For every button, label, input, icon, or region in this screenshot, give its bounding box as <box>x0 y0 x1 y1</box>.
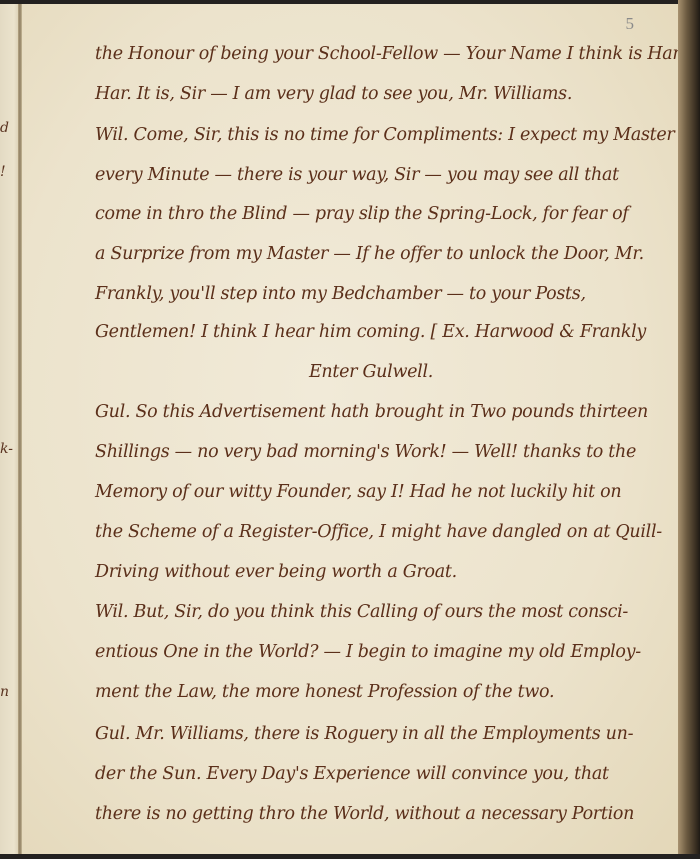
text-line: Gentlemen! I think I hear him coming. [ … <box>95 322 646 342</box>
text-line: the Honour of being your School-Fellow —… <box>95 44 700 64</box>
text-line: Shillings — no very bad morning's Work! … <box>95 442 636 462</box>
text-line: every Minute — there is your way, Sir — … <box>95 165 619 185</box>
facing-page-fragment: k- <box>0 441 13 457</box>
stage-direction: Enter Gulwell. <box>22 362 680 382</box>
text-line: Driving without ever being worth a Groat… <box>95 562 457 582</box>
text-line: come in thro the Blind — pray slip the S… <box>95 204 629 224</box>
text-line: Har. It is, Sir — I am very glad to see … <box>95 84 572 104</box>
facing-page-fragment: d <box>0 120 9 136</box>
text-line: ment the Law, the more honest Profession… <box>95 682 554 702</box>
facing-page-fragment: ! <box>0 164 6 180</box>
text-line: a Surprize from my Master — If he offer … <box>95 244 644 264</box>
facing-page-fragment: n <box>0 684 9 700</box>
text-line: the Scheme of a Register-Office, I might… <box>95 522 662 542</box>
text-line: there is no getting thro the World, with… <box>95 804 634 824</box>
facing-page-edge: d ! k- n <box>0 4 20 855</box>
text-line: entious One in the World? — I begin to i… <box>95 642 641 662</box>
manuscript-page: 5 the Honour of being your School-Fellow… <box>22 4 680 855</box>
scan-bottom-border <box>0 854 700 859</box>
text-line: Memory of our witty Founder, say I! Had … <box>95 482 621 502</box>
text-line: Frankly, you'll step into my Bedchamber … <box>95 284 586 304</box>
text-line: Gul. Mr. Williams, there is Roguery in a… <box>95 724 633 744</box>
page-number: 5 <box>626 14 635 34</box>
text-line: Wil. Come, Sir, this is no time for Comp… <box>95 125 675 145</box>
page-fore-edge <box>678 0 700 859</box>
text-line: Gul. So this Advertisement hath brought … <box>95 402 648 422</box>
manuscript-scan: d ! k- n 5 the Honour of being your Scho… <box>0 0 700 859</box>
text-line: der the Sun. Every Day's Experience will… <box>95 764 609 784</box>
text-line: Wil. But, Sir, do you think this Calling… <box>95 602 628 622</box>
